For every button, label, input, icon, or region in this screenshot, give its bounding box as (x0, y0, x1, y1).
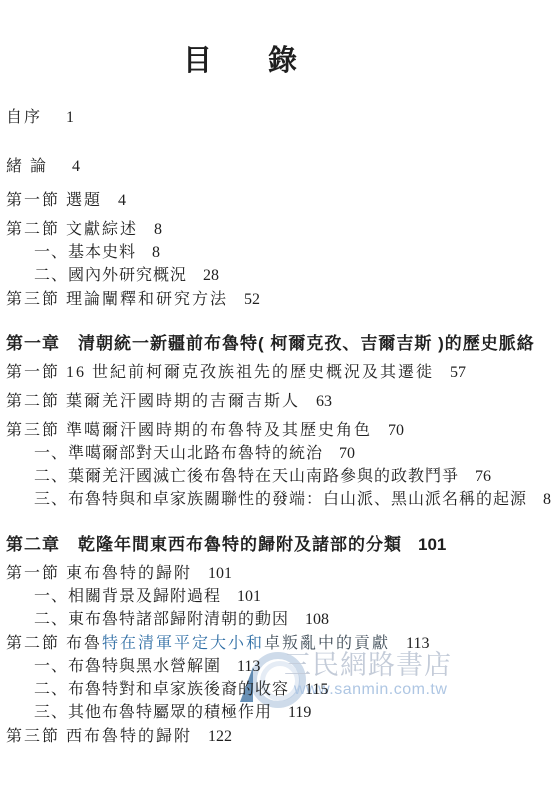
entry-page-number: 70 (388, 422, 404, 439)
toc-entry: 一、準噶爾部對天山北路布魯特的統治70 (34, 443, 527, 465)
entry-page-number: 8 (152, 244, 160, 261)
entry-text: 二、布魯特對和卓家族後裔的收容 (34, 681, 289, 698)
toc-entry: 一、基本史料8 (34, 242, 527, 264)
toc-entry: 一、相關背景及歸附過程101 (34, 586, 527, 608)
toc-entry: 三、布魯特與和卓家族關聯性的發端：白山派、黑山派名稱的起源88 (34, 489, 527, 511)
entry-page-number: 63 (316, 393, 332, 410)
toc-entry: 第三節 準噶爾汗國時期的布魯特及其歷史角色70 (6, 420, 527, 442)
toc-entry: 二、布魯特對和卓家族後裔的收容115 (34, 679, 527, 701)
entry-text: 一、準噶爾部對天山北路布魯特的統治 (34, 445, 323, 462)
entry-text: 第二節 文獻綜述 (6, 221, 138, 238)
entry-text-part: 特在清軍平定大小和 (102, 635, 264, 652)
entry-text-part: 第二節 布魯 (6, 635, 102, 652)
entry-page-number: 122 (208, 728, 232, 745)
entry-text: 緒 論 (6, 158, 48, 175)
entry-page-number: 70 (339, 445, 355, 462)
entry-text: 第三節 理論闡釋和研究方法 (6, 291, 228, 308)
toc-entry: 第二節 文獻綜述8 (6, 219, 527, 241)
entry-text: 第一節 東布魯特的歸附 (6, 565, 192, 582)
entry-text: 第三節 西布魯特的歸附 (6, 728, 192, 745)
entry-page-number: 115 (305, 681, 328, 698)
entry-text: 第一章 清朝統一新疆前布魯特( 柯爾克孜、吉爾吉斯 )的歷史脈絡 (6, 334, 535, 353)
toc-entry: 第一節 16 世紀前柯爾克孜族祖先的歷史概況及其遷徙57 (6, 362, 527, 384)
entry-text: 一、基本史料 (34, 244, 136, 261)
entry-text: 二、東布魯特諸部歸附清朝的動因 (34, 611, 289, 628)
entry-text: 第二節 布魯特在清軍平定大小和卓叛亂中的貢獻 (6, 635, 390, 652)
entry-text: 二、葉爾羌汗國滅亡後布魯特在天山南路參與的政教鬥爭 (34, 468, 459, 485)
entry-page-number: 101 (237, 588, 261, 605)
entry-page-number: 113 (406, 635, 429, 652)
entry-page-number: 88 (543, 491, 551, 508)
entry-page-number: 4 (118, 192, 126, 209)
toc-entry: 三、其他布魯特屬眾的積極作用119 (34, 702, 527, 724)
page-title: 目錄 (183, 42, 551, 80)
entry-page-number: 119 (288, 704, 311, 721)
entry-page-number: 76 (475, 468, 491, 485)
entry-page-number: 113 (237, 658, 260, 675)
page-title-char-2: 錄 (268, 45, 297, 77)
toc-entry: 第一節 選題4 (6, 190, 527, 212)
toc-entry: 一、布魯特與黑水營解圍113 (34, 656, 527, 678)
entry-page-number: 1 (66, 109, 74, 126)
entry-page-number: 8 (154, 221, 162, 238)
entry-text: 第一節 16 世紀前柯爾克孜族祖先的歷史概況及其遷徙 (6, 364, 434, 381)
entry-text: 第二節 葉爾羌汗國時期的吉爾吉斯人 (6, 393, 300, 410)
entry-text: 第二章 乾隆年間東西布魯特的歸附及諸部的分類 (6, 535, 402, 554)
toc-entry: 自序1 (6, 107, 527, 129)
entry-page-number: 52 (244, 291, 260, 308)
toc-entry: 第二節 布魯特在清軍平定大小和卓叛亂中的貢獻113 (6, 633, 527, 655)
toc-entry: 緒 論4 (6, 156, 527, 178)
toc-entry: 第二節 葉爾羌汗國時期的吉爾吉斯人63 (6, 391, 527, 413)
entry-page-number: 101 (208, 565, 232, 582)
book-toc-page: 目錄 三民網路書店 www.sanmin.com.tw 自序1緒 論4第一節 選… (0, 0, 551, 800)
toc-entry: 第一節 東布魯特的歸附101 (6, 563, 527, 585)
entry-page-number: 101 (418, 535, 446, 554)
toc-entry: 二、東布魯特諸部歸附清朝的動因108 (34, 609, 527, 631)
entry-page-number: 28 (203, 267, 219, 284)
toc-list: 自序1緒 論4第一節 選題4第二節 文獻綜述8一、基本史料8二、國內外研究概況2… (0, 107, 551, 748)
entry-page-number: 108 (305, 611, 329, 628)
entry-text: 三、其他布魯特屬眾的積極作用 (34, 704, 272, 721)
entry-text: 自序 (6, 109, 42, 126)
toc-entry: 第一章 清朝統一新疆前布魯特( 柯爾克孜、吉爾吉斯 )的歷史脈絡57 (6, 332, 527, 355)
toc-entry: 第二章 乾隆年間東西布魯特的歸附及諸部的分類101 (6, 533, 527, 556)
entry-page-number: 57 (450, 364, 466, 381)
entry-page-number: 4 (72, 158, 80, 175)
toc-entry: 第三節 西布魯特的歸附122 (6, 726, 527, 748)
page-title-char-1: 目 (183, 45, 212, 77)
entry-text-part: 卓叛亂中的貢獻 (264, 635, 390, 652)
toc-entry: 二、國內外研究概況28 (34, 265, 527, 287)
entry-text: 二、國內外研究概況 (34, 267, 187, 284)
entry-text: 第三節 準噶爾汗國時期的布魯特及其歷史角色 (6, 422, 372, 439)
toc-entry: 第三節 理論闡釋和研究方法52 (6, 289, 527, 311)
entry-text: 第一節 選題 (6, 192, 102, 209)
entry-text: 一、布魯特與黑水營解圍 (34, 658, 221, 675)
entry-text: 一、相關背景及歸附過程 (34, 588, 221, 605)
toc-entry: 二、葉爾羌汗國滅亡後布魯特在天山南路參與的政教鬥爭76 (34, 466, 527, 488)
entry-text: 三、布魯特與和卓家族關聯性的發端：白山派、黑山派名稱的起源 (34, 491, 527, 508)
